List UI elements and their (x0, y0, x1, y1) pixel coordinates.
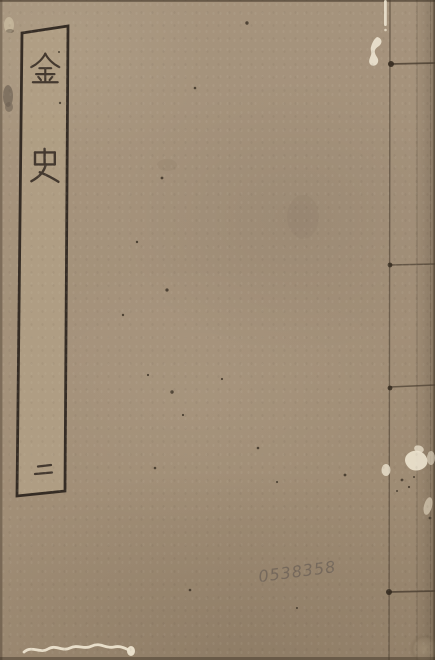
damage-spot (127, 646, 135, 656)
dirt-speck (161, 177, 164, 180)
dirt-speck (59, 102, 61, 104)
dirt-speck (257, 447, 260, 450)
top-edge-line (0, 0, 435, 2)
dirt-speck (276, 481, 278, 483)
label-paper (17, 26, 68, 496)
left-edge-line (0, 0, 2, 660)
dirt-speck (189, 589, 192, 592)
damage-spot (5, 102, 13, 112)
cover-art (0, 0, 435, 660)
dirt-speck (408, 486, 410, 488)
dirt-speck (147, 374, 149, 376)
stitch-hole (388, 61, 394, 67)
binding-thread (391, 63, 435, 64)
damage-spot (384, 0, 387, 26)
binding-stitch-line (389, 0, 390, 660)
dirt-speck (136, 241, 138, 243)
damage-spot (6, 29, 14, 33)
dirt-speck (245, 21, 248, 24)
book-cover: 0538358 金 史 二 (0, 0, 435, 660)
damage-spot (384, 29, 387, 32)
damage-spot (369, 37, 381, 66)
dirt-speck (429, 517, 432, 520)
dirt-speck (296, 607, 298, 609)
dirt-speck (170, 390, 173, 393)
dirt-speck (182, 414, 184, 416)
corner-wear-stain (409, 633, 435, 660)
dirt-speck (194, 87, 197, 90)
dirt-speck (401, 479, 404, 482)
stitch-hole (388, 386, 393, 391)
damage-spot (382, 464, 391, 476)
smudge (157, 159, 177, 171)
binding-thread (389, 591, 435, 592)
dirt-speck (165, 288, 168, 291)
dirt-speck (154, 467, 157, 470)
wear-crack (24, 645, 129, 652)
dirt-speck (344, 474, 347, 477)
dirt-speck (58, 51, 60, 53)
binding-thread (390, 264, 435, 265)
dirt-speck (221, 378, 223, 380)
stitch-hole (388, 263, 393, 268)
book-cover-photo: 0538358 金 史 二 (0, 0, 435, 660)
title-label (17, 26, 68, 496)
damage-spot (427, 451, 435, 465)
dirt-speck (122, 314, 124, 316)
smudge (287, 195, 319, 239)
stitch-hole (386, 589, 392, 595)
dirt-speck (396, 490, 398, 492)
dirt-specks (58, 21, 431, 609)
dirt-speck (413, 476, 415, 478)
